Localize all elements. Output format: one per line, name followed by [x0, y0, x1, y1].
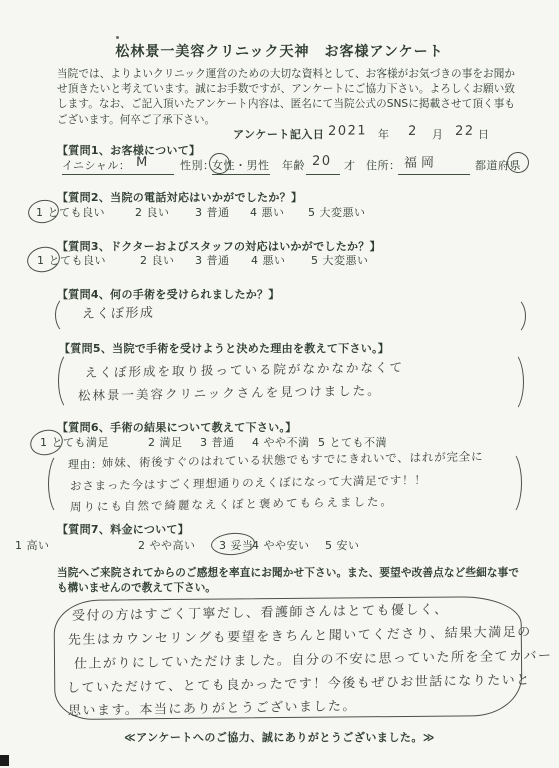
survey-sheet: 松林景一美容クリニック天神 お客様アンケート 当院では、よりよいクリニック運営の… — [0, 0, 559, 768]
q6-reason-label: 理由： — [68, 456, 103, 472]
intro-paragraph: 当院では、よりよいクリニック運営のための大切な資料として、お客様がお気づきの事を… — [57, 67, 515, 128]
q1-initial-underline — [128, 158, 174, 175]
date-month-unit: 月 — [432, 126, 444, 142]
q1-address-value: 福岡 — [404, 151, 438, 171]
q5-heading: 【質問5、当院で手術を受けようと決めた理由を教えて下さい。】 — [59, 340, 389, 356]
q2-option-4: 4 悪い — [250, 204, 285, 220]
q7-heading: 【質問7、料金について】 — [57, 521, 189, 537]
q4-bracket-right — [500, 297, 526, 335]
q1-age-value: 20 — [312, 154, 332, 169]
page-title: 松林景一美容クリニック天神 お客様アンケート — [0, 41, 559, 61]
q1-initial-value: M — [136, 155, 149, 170]
q3-option-3: 3 普通 — [195, 252, 230, 268]
date-year-unit: 年 — [378, 126, 390, 142]
comments-prompt: 当院へご来院されてからのご感想を率直にお聞かせ下さい。また、要望や改善点など些細… — [57, 566, 519, 596]
q1-address-label: 住所： — [366, 157, 401, 173]
q6-reason-line3: 周りにも自然で綺麗なえくぼと褒めてもらえました。 — [70, 493, 394, 515]
date-label: アンケート記入日 — [233, 126, 324, 142]
q3-option-2: 2 良い — [140, 252, 175, 268]
q6-reason-line2: おさまった今はすごく理想通りのえくぼになって大満足です！！ — [70, 472, 427, 494]
q1-age-label: 年齢 — [282, 157, 305, 173]
q4-bracket-left — [55, 296, 81, 334]
scan-corner-mark — [0, 755, 9, 766]
date-day-value: 22 — [455, 124, 475, 139]
scan-speck — [116, 36, 119, 39]
q6-option-3: 3 普通 — [200, 434, 235, 450]
q5-answer-line2: 松林景一美容クリニックさんを見つけました。 — [78, 381, 382, 404]
q4-answer: えくぼ形成 — [82, 302, 155, 322]
date-year-value: 2021 — [328, 123, 367, 139]
q6-option-2: 2 満足 — [148, 434, 183, 450]
q1-initial-label: イニシャル： — [62, 157, 130, 175]
q4-heading: 【質問4、何の手術を受けられましたか？】 — [57, 286, 280, 302]
q7-option-1: 1 高い — [15, 537, 50, 553]
q6-option-4: 4 やや不満 — [252, 434, 310, 450]
q2-heading: 【質問2、当院の電話対応はいかがでしたか？】 — [57, 189, 302, 205]
q7-option-4: 4 やや安い — [252, 537, 310, 553]
q3-option-4: 4 悪い — [251, 252, 286, 268]
q2-option-2: 2 良い — [135, 204, 170, 220]
q1-age-unit: 才 — [344, 157, 356, 173]
date-day-unit: 日 — [478, 126, 490, 142]
q6-reason-bracket-right — [496, 450, 522, 516]
q3-option-5: 5 大変悪い — [311, 252, 369, 268]
q7-option-2: 2 やや高い — [138, 537, 196, 553]
q2-option-5: 5 大変悪い — [308, 204, 366, 220]
q5-bracket-right — [498, 351, 524, 413]
q2-selected-circle — [26, 197, 61, 225]
footer-thanks: ≪アンケートへのご協力、誠にありがとうございました。≫ — [0, 729, 559, 745]
q7-option-5: 5 安い — [325, 537, 360, 553]
q2-option-3: 3 普通 — [195, 204, 230, 220]
q6-reason-line1: 姉妹、術後すぐのはれている状態でもすでにきれいで、はれが完全に — [102, 448, 484, 471]
q5-answer-line1: えくぼ形成を取り扱っている院がなかなかなくて — [85, 357, 404, 381]
q6-option-5: 5 とても不満 — [318, 434, 387, 450]
q1-heading: 【質問1、お客様について】 — [57, 142, 200, 158]
date-month-value: 2 — [408, 124, 418, 139]
q6-heading: 【質問6、手術の結果について教えて下さい。】 — [57, 419, 297, 435]
